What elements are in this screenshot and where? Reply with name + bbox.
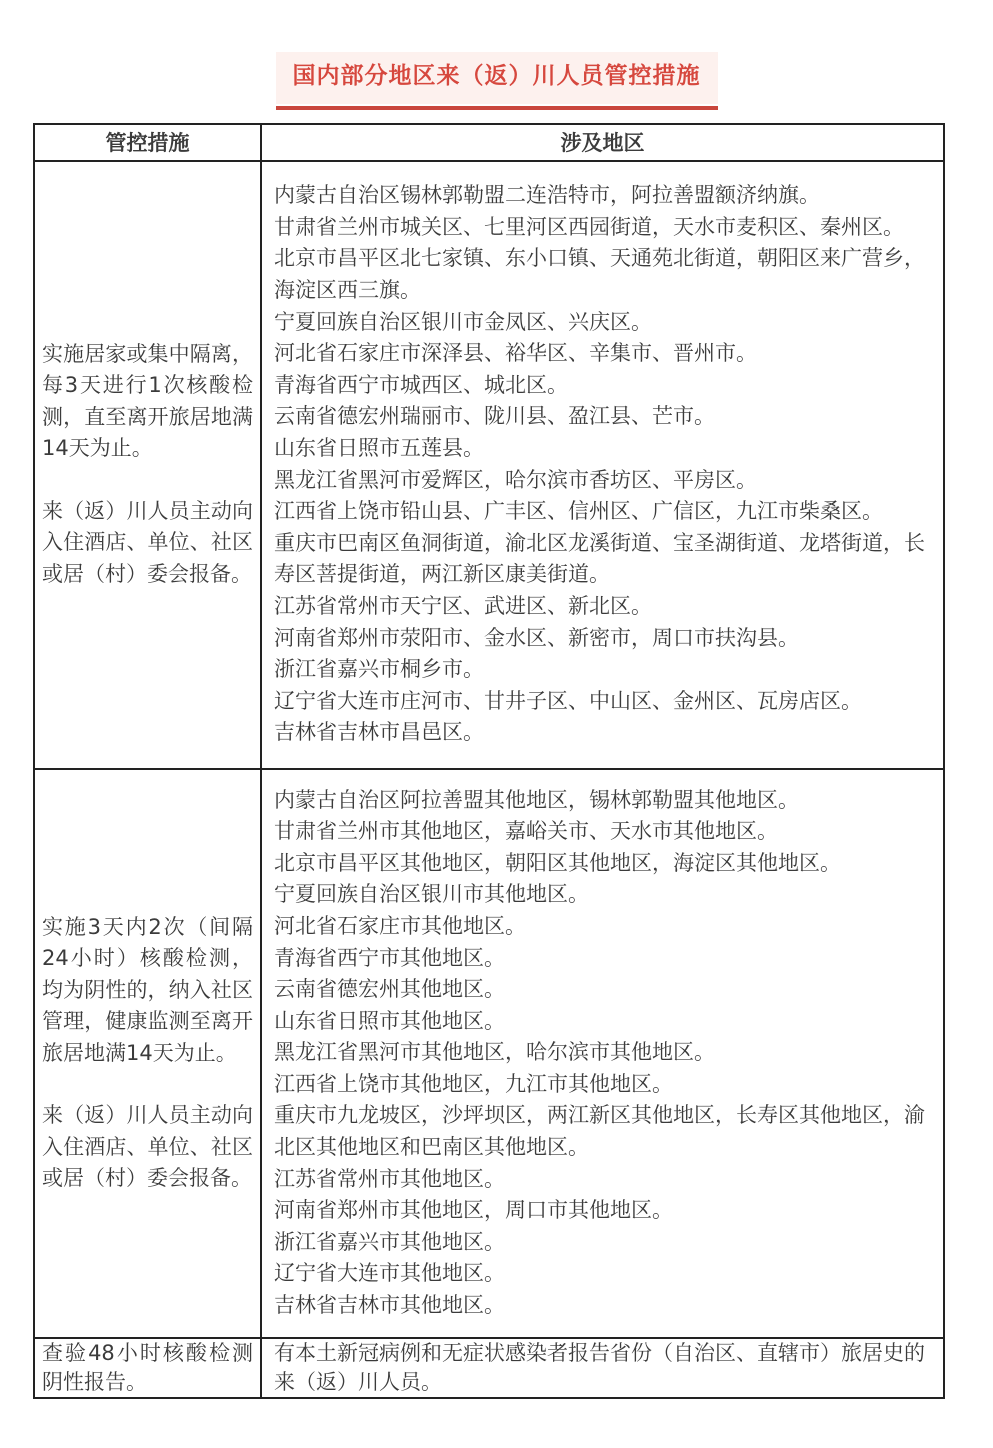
region-line: 山东省日照市五莲县。 <box>274 433 931 465</box>
region-line: 河北省石家庄市其他地区。 <box>274 911 931 943</box>
column-header-measures: 管控措施 <box>34 124 261 161</box>
measure-cell: 查验48小时核酸检测阴性报告。 <box>34 1338 261 1398</box>
region-line: 江苏省常州市其他地区。 <box>274 1164 931 1196</box>
table-row: 查验48小时核酸检测阴性报告。 有本土新冠病例和无症状感染者报告省份（自治区、直… <box>34 1338 944 1398</box>
column-header-regions: 涉及地区 <box>261 124 944 161</box>
region-line: 江西省上饶市其他地区，九江市其他地区。 <box>274 1069 931 1101</box>
region-line: 内蒙古自治区阿拉善盟其他地区，锡林郭勒盟其他地区。 <box>274 785 931 817</box>
regions-cell: 有本土新冠病例和无症状感染者报告省份（自治区、直辖市）旅居史的来（返）川人员。 <box>261 1338 944 1398</box>
region-line: 江西省上饶市铅山县、广丰区、信州区、广信区，九江市柴桑区。 <box>274 496 931 528</box>
measure-paragraph: 实施居家或集中隔离，每3天进行1次核酸检测，直至离开旅居地满14天为止。 <box>42 339 253 465</box>
title-area: 国内部分地区来（返）川人员管控措施 <box>0 0 993 110</box>
region-line: 河南省郑州市其他地区，周口市其他地区。 <box>274 1195 931 1227</box>
regions-cell: 内蒙古自治区锡林郭勒盟二连浩特市，阿拉善盟额济纳旗。甘肃省兰州市城关区、七里河区… <box>261 161 944 769</box>
region-line: 辽宁省大连市其他地区。 <box>274 1258 931 1290</box>
table-row: 实施居家或集中隔离，每3天进行1次核酸检测，直至离开旅居地满14天为止。来（返）… <box>34 161 944 769</box>
region-line: 云南省德宏州瑞丽市、陇川县、盈江县、芒市。 <box>274 401 931 433</box>
regions-cell: 内蒙古自治区阿拉善盟其他地区，锡林郭勒盟其他地区。甘肃省兰州市其他地区，嘉峪关市… <box>261 769 944 1338</box>
measure-cell: 实施居家或集中隔离，每3天进行1次核酸检测，直至离开旅居地满14天为止。来（返）… <box>34 161 261 769</box>
region-line: 辽宁省大连市庄河市、甘井子区、中山区、金州区、瓦房店区。 <box>274 686 931 718</box>
region-line: 重庆市巴南区鱼洞街道，渝北区龙溪街道、宝圣湖街道、龙塔街道，长寿区菩提街道，两江… <box>274 528 931 591</box>
region-line: 甘肃省兰州市城关区、七里河区西园街道，天水市麦积区、秦州区。 <box>274 212 931 244</box>
measure-paragraph: 来（返）川人员主动向入住酒店、单位、社区或居（村）委会报备。 <box>42 1100 253 1195</box>
region-line: 青海省西宁市城西区、城北区。 <box>274 370 931 402</box>
region-line: 宁夏回族自治区银川市金凤区、兴庆区。 <box>274 307 931 339</box>
region-line: 宁夏回族自治区银川市其他地区。 <box>274 879 931 911</box>
measure-cell: 实施3天内2次（间隔24小时）核酸检测，均为阴性的，纳入社区管理，健康监测至离开… <box>34 769 261 1338</box>
region-line: 北京市昌平区北七家镇、东小口镇、天通苑北街道，朝阳区来广营乡，海淀区西三旗。 <box>274 243 931 306</box>
region-line: 有本土新冠病例和无症状感染者报告省份（自治区、直辖市）旅居史的来（返）川人员。 <box>274 1339 931 1397</box>
region-line: 甘肃省兰州市其他地区，嘉峪关市、天水市其他地区。 <box>274 816 931 848</box>
region-line: 吉林省吉林市昌邑区。 <box>274 717 931 749</box>
measure-paragraph: 查验48小时核酸检测阴性报告。 <box>42 1339 253 1397</box>
region-line: 青海省西宁市其他地区。 <box>274 943 931 975</box>
region-line: 浙江省嘉兴市其他地区。 <box>274 1227 931 1259</box>
region-line: 吉林省吉林市其他地区。 <box>274 1290 931 1322</box>
region-line: 黑龙江省黑河市爱辉区，哈尔滨市香坊区、平房区。 <box>274 465 931 497</box>
region-line: 浙江省嘉兴市桐乡市。 <box>274 654 931 686</box>
page-title: 国内部分地区来（返）川人员管控措施 <box>276 52 718 104</box>
control-measures-table: 管控措施 涉及地区 实施居家或集中隔离，每3天进行1次核酸检测，直至离开旅居地满… <box>33 123 945 1399</box>
table-header-row: 管控措施 涉及地区 <box>34 124 944 161</box>
region-line: 江苏省常州市天宁区、武进区、新北区。 <box>274 591 931 623</box>
measure-paragraph: 实施3天内2次（间隔24小时）核酸检测，均为阴性的，纳入社区管理，健康监测至离开… <box>42 912 253 1070</box>
title-underline <box>276 106 718 110</box>
region-line: 河南省郑州市荥阳市、金水区、新密市，周口市扶沟县。 <box>274 623 931 655</box>
region-line: 山东省日照市其他地区。 <box>274 1006 931 1038</box>
region-line: 内蒙古自治区锡林郭勒盟二连浩特市，阿拉善盟额济纳旗。 <box>274 180 931 212</box>
region-line: 河北省石家庄市深泽县、裕华区、辛集市、晋州市。 <box>274 338 931 370</box>
measure-paragraph: 来（返）川人员主动向入住酒店、单位、社区或居（村）委会报备。 <box>42 496 253 591</box>
region-line: 重庆市九龙坡区，沙坪坝区，两江新区其他地区，长寿区其他地区，渝北区其他地区和巴南… <box>274 1100 931 1163</box>
page: { "title": "国内部分地区来（返）川人员管控措施", "table":… <box>0 0 993 1448</box>
region-line: 北京市昌平区其他地区，朝阳区其他地区，海淀区其他地区。 <box>274 848 931 880</box>
title-block: 国内部分地区来（返）川人员管控措施 <box>276 52 718 110</box>
region-line: 黑龙江省黑河市其他地区，哈尔滨市其他地区。 <box>274 1037 931 1069</box>
table-row: 实施3天内2次（间隔24小时）核酸检测，均为阴性的，纳入社区管理，健康监测至离开… <box>34 769 944 1338</box>
region-line: 云南省德宏州其他地区。 <box>274 974 931 1006</box>
